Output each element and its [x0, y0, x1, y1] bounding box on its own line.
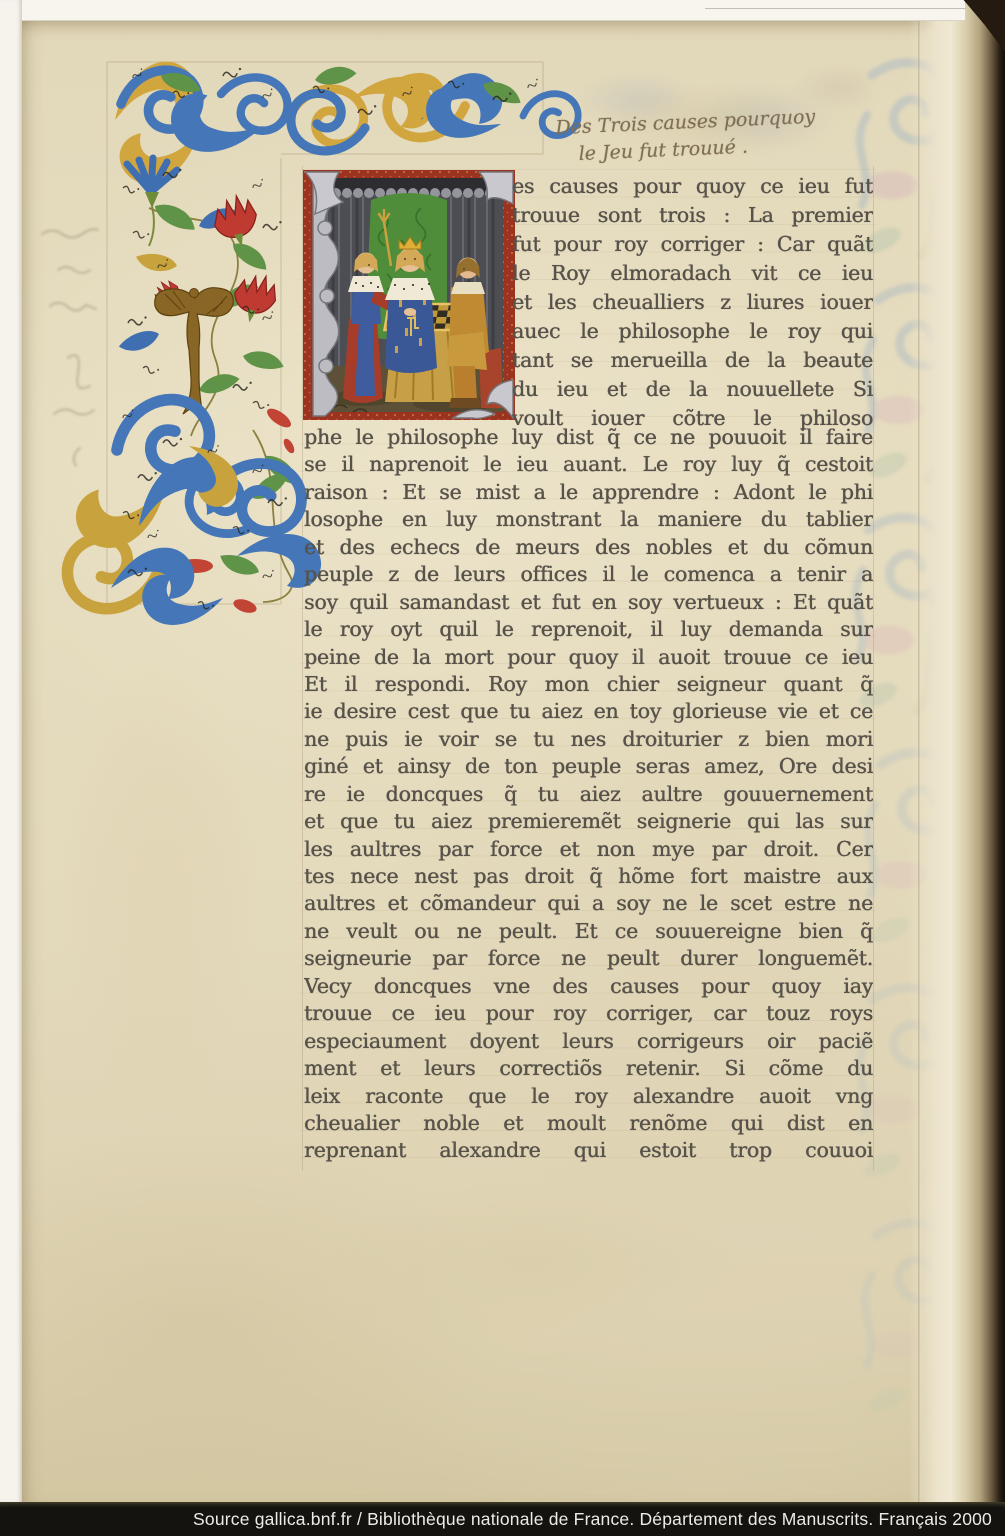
source-credit: Source gallica.bnf.fr / Bibliothèque nat… [193, 1502, 992, 1536]
manuscript-text-line: les aultres par force et non mye par dro… [304, 836, 873, 863]
manuscript-text-line: peine de la mort pour quoy il auoit trou… [304, 644, 873, 671]
gallica-source-bar: Source gallica.bnf.fr / Bibliothèque nat… [0, 1502, 1005, 1536]
manuscript-text-line: Et il respondi. Roy mon chier seigneur q… [304, 671, 873, 698]
manuscript-text-line: tes nece nest pas droit q̃ hõme fort mai… [304, 863, 873, 890]
manuscript-text-line: ie desire cest que tu aiez en toy glorie… [304, 698, 873, 725]
manuscript-text-line: seigneurie par force ne peult durer long… [304, 945, 873, 972]
miniature-initial-L [303, 170, 515, 420]
manuscript-text-line: peuple z de leurs offices il le comenca … [304, 561, 873, 588]
manuscript-text-line: trouue sont trois : La premier [512, 201, 873, 230]
miniature-scene [305, 172, 513, 419]
flower-bud [282, 437, 297, 455]
manuscript-text-line: ne veult ou ne peult. Et ce souuereigne … [304, 918, 873, 945]
manuscript-scan: Des Trois causes pourquoy le Jeu fut tro… [0, 0, 1005, 1536]
margin-showthrough-writing [28, 208, 114, 508]
text-column-beside-miniature: es causes pour quoy ce ieu fut trouue so… [512, 172, 873, 433]
flower-bud [264, 405, 294, 431]
manuscript-text-line: leix raconte que le roy alexandre auoit … [304, 1083, 873, 1110]
manuscript-text-line: aultres et cõmandeur qui a soy ne le sce… [304, 890, 873, 917]
manuscript-text-line: ne puis ie voir se tu nes droiturier z b… [304, 726, 873, 753]
ruling-line-right [873, 166, 874, 1171]
manuscript-text-line: reprenant alexandre qui estoit trop couu… [304, 1137, 873, 1164]
manuscript-text-line: et les cheualliers z liures iouer [512, 288, 873, 317]
manuscript-text-line: le roy oyt quil le reprenoit, il luy dem… [304, 616, 873, 643]
manuscript-text-line: et que tu aiez premieremẽt seignerie qui… [304, 808, 873, 835]
manuscript-text-line: cheualier noble et moult renõme qui dist… [304, 1110, 873, 1137]
parchment-stain [320, 1180, 740, 1340]
manuscript-text-line: fut pour roy corriger : Car quãt [512, 230, 873, 259]
page-crease [918, 0, 921, 1536]
parchment-stain [60, 640, 260, 1140]
manuscript-text-line: giné et ainsy de ton peuple seras amez, … [304, 753, 873, 780]
text-column-full-width: phe le philosophe luy dist q̃ ce ne pouu… [304, 424, 873, 1165]
manuscript-text-line: auec le philosophe le roy qui [512, 317, 873, 346]
photo-edge-top [0, 0, 965, 21]
manuscript-text-line: es causes pour quoy ce ieu fut [512, 172, 873, 201]
carnation [210, 193, 263, 252]
manuscript-text-line: trouue ce ieu pour roy corriger, car tou… [304, 1000, 873, 1027]
manuscript-text-line: du ieu et de la nouuellete Si [512, 375, 873, 404]
manuscript-text-line: Vecy doncques vne des causes pour quoy i… [304, 973, 873, 1000]
manuscript-text-line: losophe en luy monstrant la maniere du t… [304, 506, 873, 533]
manuscript-text-line: re ie doncques q̃ tu aiez aultre gouuern… [304, 781, 873, 808]
manuscript-text-line: se il naprenoit le ieu auant. Le roy luy… [304, 451, 873, 478]
manuscript-text-line: phe le philosophe luy dist q̃ ce ne pouu… [304, 424, 873, 451]
facing-page-edge [0, 0, 22, 1502]
manuscript-text-line: ment et leurs correctiõs retenir. Si cõm… [304, 1055, 873, 1082]
manuscript-text-line: le Roy elmoradach vit ce ieu [512, 259, 873, 288]
manuscript-text-line: et des echecs de meurs des nobles et du … [304, 534, 873, 561]
manuscript-text-line: especiaument doyent leurs corrigeurs oir… [304, 1028, 873, 1055]
manuscript-text-line: tant se merueilla de la beaute [512, 346, 873, 375]
book-fore-edge [909, 0, 1005, 1536]
manuscript-text-line: soy quil samandast et fut en soy vertueu… [304, 589, 873, 616]
manuscript-text-line: raison : Et se mist a le apprendre : Ado… [304, 479, 873, 506]
